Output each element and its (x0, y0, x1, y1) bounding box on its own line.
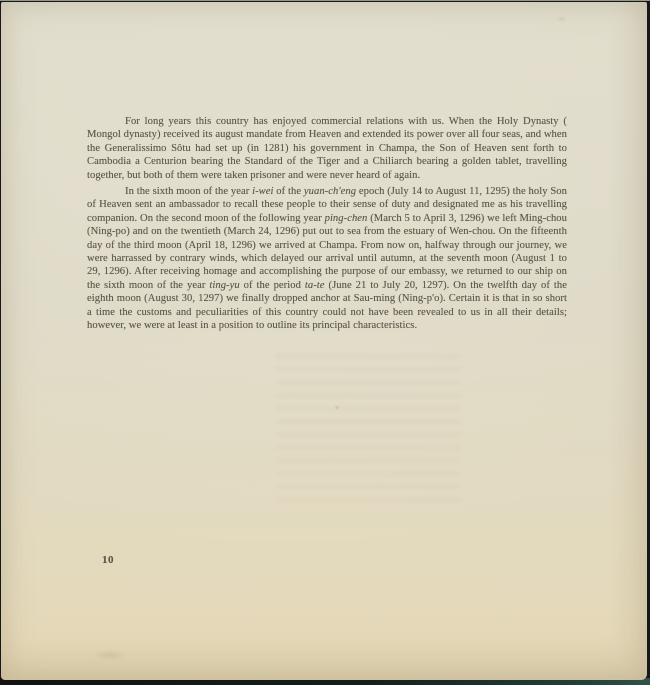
show-through-text (276, 354, 461, 502)
paragraph: For long years this country has enjoyed … (87, 115, 567, 182)
paragraph: In the sixth moon of the year i-wei of t… (87, 185, 567, 332)
paper-stain (93, 650, 127, 660)
page: For long years this country has enjoyed … (1, 2, 647, 680)
book-page-photo: For long years this country has enjoyed … (0, 0, 650, 685)
page-number: 10 (102, 554, 114, 566)
page-text: For long years this country has enjoyed … (87, 115, 567, 336)
paper-stain (557, 16, 567, 22)
